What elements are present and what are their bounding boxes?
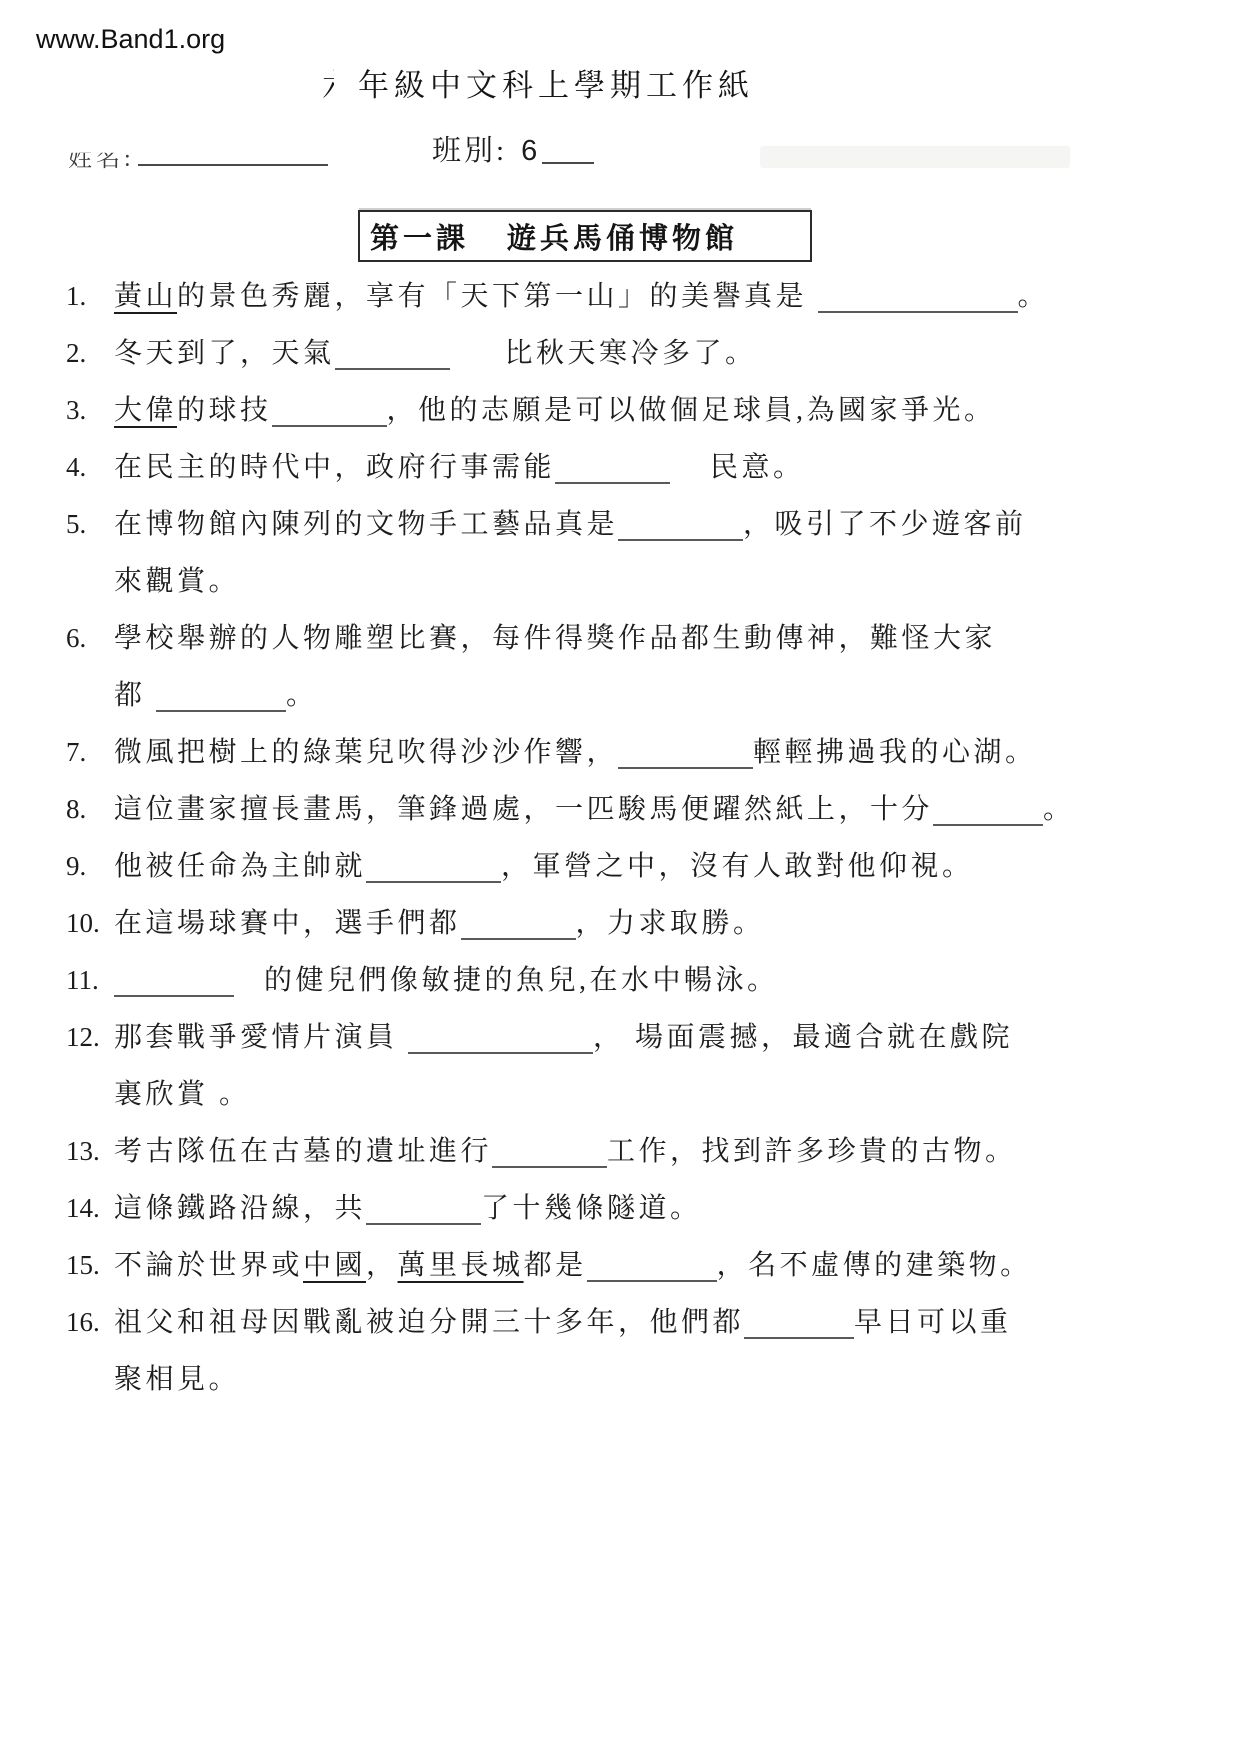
answer-blank[interactable]	[408, 1024, 593, 1054]
question-row: 14.這條鐵路沿線，共了十幾條隧道。	[66, 1180, 1182, 1237]
question-line: 在這場球賽中，選手們都，力求取勝。	[114, 895, 1182, 952]
question-line: 聚相見。	[114, 1351, 1182, 1408]
class-field-group: 班別:6	[432, 128, 594, 169]
question-body: 學校舉辦的人物雕塑比賽，每件得獎作品都生動傳神，難怪大家都 。	[114, 610, 1182, 724]
question-line: 微風把樹上的綠葉兒吹得沙沙作響，輕輕拂過我的心湖。	[114, 724, 1182, 781]
question-line: 不論於世界或中國，萬里長城都是，名不虛傳的建築物。	[114, 1237, 1182, 1294]
question-line: 他被任命為主帥就，軍營之中，沒有人敢對他仰視。	[114, 838, 1182, 895]
answer-blank[interactable]	[114, 967, 234, 997]
lesson-title: 遊兵馬俑博物館	[507, 216, 738, 257]
answer-blank[interactable]	[555, 454, 670, 484]
question-number: 5.	[66, 496, 114, 553]
question-text: 微風把樹上的綠葉兒吹得沙沙作響，	[114, 737, 618, 768]
question-text: 在這場球賽中，選手們都	[114, 908, 461, 939]
question-number: 6.	[66, 610, 114, 667]
question-text: 這條鐵路沿線，共	[114, 1193, 366, 1224]
scan-cut-artifact	[334, 58, 356, 102]
question-text: 都是	[524, 1250, 587, 1281]
question-row: 4.在民主的時代中，政府行事需能民意。	[66, 439, 1182, 496]
question-line: 大偉的球技，他的志願是可以做個足球員,為國家爭光。	[114, 382, 1182, 439]
question-line: 考古隊伍在古墓的遺址進行工作，找到許多珍貴的古物。	[114, 1123, 1182, 1180]
question-number: 8.	[66, 781, 114, 838]
question-body: 這條鐵路沿線，共了十幾條隧道。	[114, 1180, 1182, 1237]
question-row: 5.在博物館內陳列的文物手工藝品真是，吸引了不少遊客前來觀賞。	[66, 496, 1182, 610]
question-text: 在民主的時代中，政府行事需能	[114, 452, 555, 483]
question-text: 。	[286, 680, 318, 711]
question-number: 4.	[66, 439, 114, 496]
lesson-title-box: 第一課 遊兵馬俑博物館	[358, 210, 812, 262]
answer-blank[interactable]	[366, 1195, 481, 1225]
question-text: 裏欣賞 。	[114, 1079, 251, 1110]
question-line: 的健兒們像敏捷的魚兒,在水中暢泳。	[114, 952, 1182, 1009]
question-number: 10.	[66, 895, 114, 952]
question-number: 1.	[66, 268, 114, 325]
question-text: 。	[1018, 281, 1050, 312]
question-body: 在民主的時代中，政府行事需能民意。	[114, 439, 1182, 496]
question-row: 9.他被任命為主帥就，軍營之中，沒有人敢對他仰視。	[66, 838, 1182, 895]
question-body: 在這場球賽中，選手們都，力求取勝。	[114, 895, 1182, 952]
answer-blank[interactable]	[618, 739, 753, 769]
question-body: 微風把樹上的綠葉兒吹得沙沙作響，輕輕拂過我的心湖。	[114, 724, 1182, 781]
answer-blank[interactable]	[618, 511, 743, 541]
question-text: 的球技	[177, 395, 272, 426]
question-text: ， 場面震撼，最適合就在戲院	[593, 1022, 1013, 1053]
question-number: 2.	[66, 325, 114, 382]
question-body: 冬天到了，天氣比秋天寒冷多了。	[114, 325, 1182, 382]
answer-blank[interactable]	[744, 1309, 854, 1339]
question-text: 輕輕拂過我的心湖。	[753, 737, 1037, 768]
question-line: 冬天到了，天氣比秋天寒冷多了。	[114, 325, 1182, 382]
question-row: 6.學校舉辦的人物雕塑比賽，每件得獎作品都生動傳神，難怪大家都 。	[66, 610, 1182, 724]
question-text: 工作，找到許多珍貴的古物。	[607, 1136, 1017, 1167]
question-text: ，他的志願是可以做個足球員,為國家爭光。	[387, 395, 996, 426]
question-text: 來觀賞。	[114, 566, 240, 597]
question-row: 13.考古隊伍在古墓的遺址進行工作，找到許多珍貴的古物。	[66, 1123, 1182, 1180]
worksheet-page: www.Band1.org 六年級中文科上學期工作紙 姓名: 班別:6 第一課 …	[0, 0, 1240, 1754]
question-text: ，力求取勝。	[576, 908, 765, 939]
question-row: 2.冬天到了，天氣比秋天寒冷多了。	[66, 325, 1182, 382]
class-value: 6	[521, 135, 540, 167]
answer-blank[interactable]	[587, 1252, 717, 1282]
question-text: ，吸引了不少遊客前	[743, 509, 1027, 540]
answer-blank[interactable]	[492, 1138, 607, 1168]
question-row: 16.祖父和祖母因戰亂被迫分開三十多年，他們都早日可以重聚相見。	[66, 1294, 1182, 1408]
question-row: 8.這位畫家擅長畫馬，筆鋒過處，一匹駿馬便躍然紙上，十分。	[66, 781, 1182, 838]
name-blank-field[interactable]	[138, 164, 328, 166]
question-number: 13.	[66, 1123, 114, 1180]
underlined-term: 萬里長城	[398, 1250, 524, 1281]
answer-blank[interactable]	[156, 682, 286, 712]
lesson-number: 第一課	[370, 216, 469, 257]
question-line: 學校舉辦的人物雕塑比賽，每件得獎作品都生動傳神，難怪大家	[114, 610, 1182, 667]
answer-blank[interactable]	[933, 796, 1043, 826]
question-text: ，名不虛傳的建築物。	[717, 1250, 1032, 1281]
question-number: 11.	[66, 952, 114, 1009]
question-line: 那套戰爭愛情片演員 ， 場面震撼，最適合就在戲院	[114, 1009, 1182, 1066]
question-line: 這條鐵路沿線，共了十幾條隧道。	[114, 1180, 1182, 1237]
underlined-term: 大偉	[114, 395, 177, 426]
questions-list: 1.黃山的景色秀麗，享有「天下第一山」的美譽真是 。2.冬天到了，天氣比秋天寒冷…	[66, 268, 1182, 1408]
question-text: 在博物館內陳列的文物手工藝品真是	[114, 509, 618, 540]
name-label: 姓名:	[68, 138, 135, 173]
question-line: 祖父和祖母因戰亂被迫分開三十多年，他們都早日可以重	[114, 1294, 1182, 1351]
answer-blank[interactable]	[272, 397, 387, 427]
question-body: 這位畫家擅長畫馬，筆鋒過處，一匹駿馬便躍然紙上，十分。	[114, 781, 1182, 838]
question-number: 16.	[66, 1294, 114, 1351]
question-text: 。	[1043, 794, 1075, 825]
question-row: 3.大偉的球技，他的志願是可以做個足球員,為國家爭光。	[66, 382, 1182, 439]
question-body: 的健兒們像敏捷的魚兒,在水中暢泳。	[114, 952, 1182, 1009]
watermark-url: www.Band1.org	[36, 24, 225, 55]
question-body: 他被任命為主帥就，軍營之中，沒有人敢對他仰視。	[114, 838, 1182, 895]
question-row: 1.黃山的景色秀麗，享有「天下第一山」的美譽真是 。	[66, 268, 1182, 325]
question-text: 聚相見。	[114, 1364, 240, 1395]
question-body: 大偉的球技，他的志願是可以做個足球員,為國家爭光。	[114, 382, 1182, 439]
scan-smudge-artifact	[760, 146, 1070, 168]
question-line: 黃山的景色秀麗，享有「天下第一山」的美譽真是 。	[114, 268, 1182, 325]
question-text: 都	[114, 680, 156, 711]
question-text: 民意。	[710, 452, 805, 483]
question-row: 12.那套戰爭愛情片演員 ， 場面震撼，最適合就在戲院裏欣賞 。	[66, 1009, 1182, 1123]
question-line: 裏欣賞 。	[114, 1066, 1182, 1123]
question-body: 那套戰爭愛情片演員 ， 場面震撼，最適合就在戲院裏欣賞 。	[114, 1009, 1182, 1123]
question-text: ，	[366, 1250, 398, 1281]
answer-blank[interactable]	[818, 283, 1018, 313]
question-row: 10.在這場球賽中，選手們都，力求取勝。	[66, 895, 1182, 952]
question-line: 來觀賞。	[114, 553, 1182, 610]
question-text: 不論於世界或	[114, 1250, 303, 1281]
question-text: 了十幾條隧道。	[481, 1193, 702, 1224]
question-text: 這位畫家擅長畫馬，筆鋒過處，一匹駿馬便躍然紙上，十分	[114, 794, 933, 825]
class-label: 班別:	[432, 135, 507, 167]
question-number: 3.	[66, 382, 114, 439]
question-text: 祖父和祖母因戰亂被迫分開三十多年，他們都	[114, 1307, 744, 1338]
question-row: 11.的健兒們像敏捷的魚兒,在水中暢泳。	[66, 952, 1182, 1009]
worksheet-title: 六年級中文科上學期工作紙	[322, 60, 754, 105]
question-body: 在博物館內陳列的文物手工藝品真是，吸引了不少遊客前來觀賞。	[114, 496, 1182, 610]
question-text: 考古隊伍在古墓的遺址進行	[114, 1136, 492, 1167]
question-body: 不論於世界或中國，萬里長城都是，名不虛傳的建築物。	[114, 1237, 1182, 1294]
question-text: 比秋天寒冷多了。	[505, 338, 757, 369]
question-text: 早日可以重	[854, 1307, 1012, 1338]
question-line: 在博物館內陳列的文物手工藝品真是，吸引了不少遊客前	[114, 496, 1182, 553]
answer-blank[interactable]	[335, 340, 450, 370]
question-line: 都 。	[114, 667, 1182, 724]
question-text: 那套戰爭愛情片演員	[114, 1022, 408, 1053]
question-text: 學校舉辦的人物雕塑比賽，每件得獎作品都生動傳神，難怪大家	[114, 623, 996, 654]
question-number: 14.	[66, 1180, 114, 1237]
question-number: 15.	[66, 1237, 114, 1294]
question-text: ，軍營之中，沒有人敢對他仰視。	[501, 851, 974, 882]
question-text: 的健兒們像敏捷的魚兒,在水中暢泳。	[264, 965, 779, 996]
question-body: 祖父和祖母因戰亂被迫分開三十多年，他們都早日可以重聚相見。	[114, 1294, 1182, 1408]
question-number: 7.	[66, 724, 114, 781]
question-line: 這位畫家擅長畫馬，筆鋒過處，一匹駿馬便躍然紙上，十分。	[114, 781, 1182, 838]
question-body: 黃山的景色秀麗，享有「天下第一山」的美譽真是 。	[114, 268, 1182, 325]
question-text: 的景色秀麗，享有「天下第一山」的美譽真是	[177, 281, 818, 312]
answer-blank[interactable]	[461, 910, 576, 940]
class-blank-field[interactable]	[542, 162, 594, 164]
question-number: 9.	[66, 838, 114, 895]
underlined-term: 中國	[303, 1250, 366, 1281]
question-row: 15.不論於世界或中國，萬里長城都是，名不虛傳的建築物。	[66, 1237, 1182, 1294]
underlined-term: 黃山	[114, 281, 177, 312]
question-number: 12.	[66, 1009, 114, 1066]
question-text: 冬天到了，天氣	[114, 338, 335, 369]
answer-blank[interactable]	[366, 853, 501, 883]
question-row: 7.微風把樹上的綠葉兒吹得沙沙作響，輕輕拂過我的心湖。	[66, 724, 1182, 781]
question-line: 在民主的時代中，政府行事需能民意。	[114, 439, 1182, 496]
question-text: 他被任命為主帥就	[114, 851, 366, 882]
question-body: 考古隊伍在古墓的遺址進行工作，找到許多珍貴的古物。	[114, 1123, 1182, 1180]
